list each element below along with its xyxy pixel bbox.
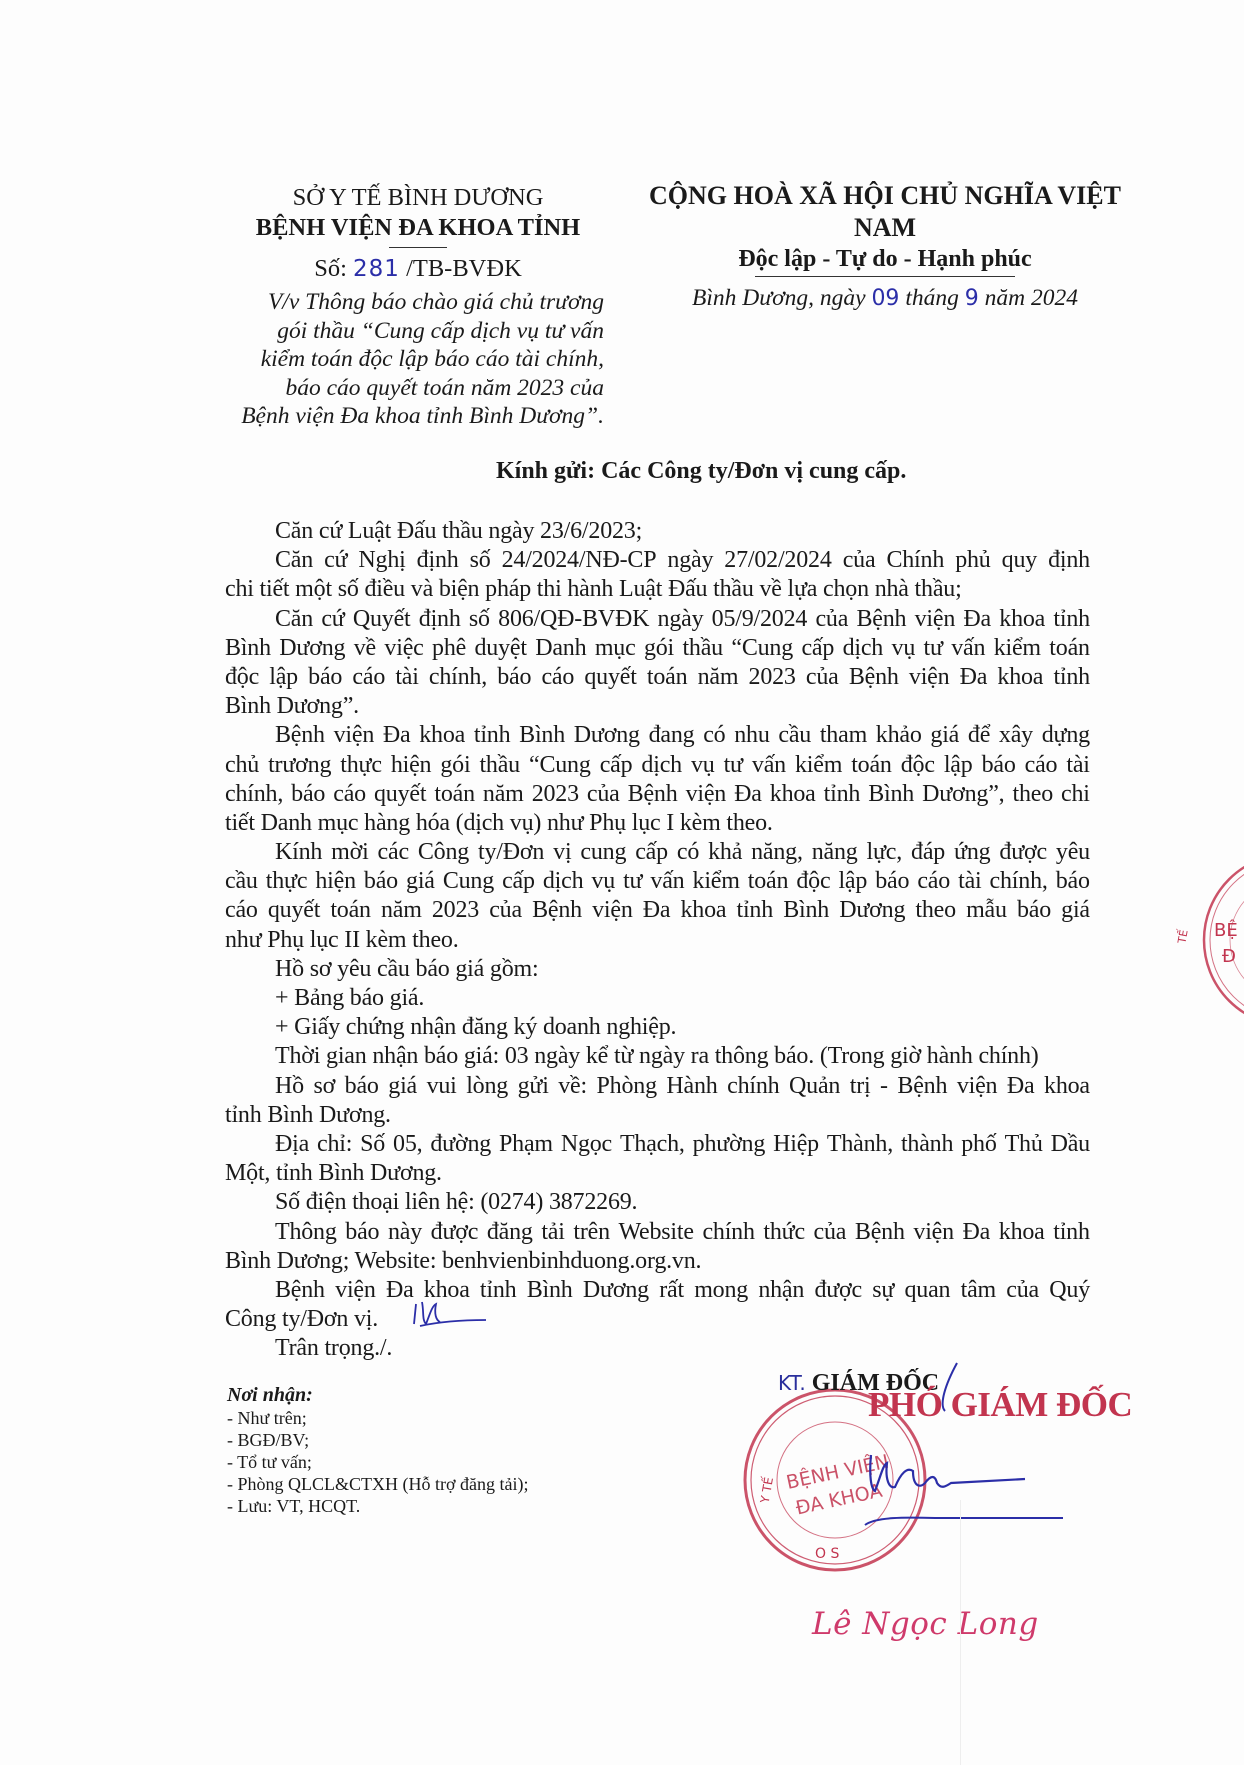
date-month-handwritten: 9 bbox=[965, 286, 979, 311]
body-line: + Giấy chứng nhận đăng ký doanh nghiệp. bbox=[225, 1013, 1090, 1042]
subject-block: V/v Thông báo chào giá chủ trương gói th… bbox=[230, 288, 604, 431]
signer-name: Lê Ngọc Long bbox=[812, 1606, 1039, 1642]
recipient-item: - Lưu: VT, HCQT. bbox=[227, 1495, 528, 1517]
body-line: độclậpbáocáotàichính,báocáoquyếttoánnăm2… bbox=[225, 663, 1090, 692]
doc-number-suffix: /TB-BVĐK bbox=[406, 255, 522, 282]
body-line: + Bảng báo giá. bbox=[225, 984, 1090, 1013]
national-header: CỘNG HOÀ XÃ HỘI CHỦ NGHĨA VIỆT NAM Độc l… bbox=[615, 180, 1155, 314]
header-divider bbox=[389, 247, 447, 248]
body-line: chủtrươngthựchiệngóithầu“Cungcấpdịchvụtư… bbox=[225, 751, 1090, 780]
body-line: chi tiết một số điều và biện pháp thi hà… bbox=[225, 575, 1090, 604]
body-line: Thời gian nhận báo giá: 03 ngày kể từ ng… bbox=[225, 1042, 1090, 1071]
body-line: KínhmờicácCôngty/Đơnvịcungcấpcókhảnăng,n… bbox=[225, 838, 1090, 867]
date-year: năm 2024 bbox=[985, 285, 1078, 311]
paper-fold-line bbox=[960, 1500, 961, 1765]
hospital-name: BỆNH VIỆN ĐA KHOA TỈNH bbox=[218, 213, 618, 243]
initials-signature-icon bbox=[410, 1298, 490, 1334]
date-day-handwritten: 09 bbox=[871, 286, 899, 311]
subject-line: báo cáo quyết toán năm 2023 của bbox=[230, 374, 604, 403]
recipient-item: - BGĐ/BV; bbox=[227, 1429, 528, 1451]
issuer-header: SỞ Y TẾ BÌNH DƯƠNG BỆNH VIỆN ĐA KHOA TỈN… bbox=[218, 183, 618, 284]
body-line: Địachỉ:Số05,đườngPhạmNgọcThạch,phườngHiệ… bbox=[225, 1130, 1090, 1159]
subject-line: Bệnh viện Đa khoa tỉnh Bình Dương”. bbox=[230, 402, 604, 431]
body-line: Bình Dương”. bbox=[225, 692, 1090, 721]
subject-line: gói thầu “Cung cấp dịch vụ tư vấn bbox=[230, 317, 604, 346]
letter-body: Căn cứ Luật Đấu thầu ngày 23/6/2023;Cănc… bbox=[225, 517, 1090, 1363]
svg-text:BỆ: BỆ bbox=[1214, 919, 1238, 941]
date-place: Bình Dương, ngày bbox=[692, 285, 866, 311]
body-line: Công ty/Đơn vị. bbox=[225, 1305, 1090, 1334]
body-line: ThôngbáonàyđượcđăngtảitrênWebsitechínhth… bbox=[225, 1218, 1090, 1247]
recipient-item: - Phòng QLCL&CTXH (Hỗ trợ đăng tải); bbox=[227, 1473, 528, 1495]
body-line: tỉnh Bình Dương. bbox=[225, 1101, 1090, 1130]
body-line: Hồ sơ yêu cầu báo giá gồm: bbox=[225, 955, 1090, 984]
body-line: CăncứNghịđịnhsố24/2024/NĐ-CPngày27/02/20… bbox=[225, 546, 1090, 575]
body-line: Căn cứ Luật Đấu thầu ngày 23/6/2023; bbox=[225, 517, 1090, 546]
motto-underline bbox=[755, 276, 1015, 277]
body-line: Hồsơbáogiávuilònggửivề:PhòngHànhchínhQuả… bbox=[225, 1072, 1090, 1101]
body-line: cầuthựchiệnbáogiáCungcấpdịchvụtưvấnkiểmt… bbox=[225, 867, 1090, 896]
svg-text:TẾ: TẾ bbox=[1174, 929, 1190, 946]
issue-date: Bình Dương, ngày 09 tháng 9 năm 2024 bbox=[615, 283, 1155, 314]
body-line: như Phụ lục II kèm theo. bbox=[225, 926, 1090, 955]
body-line: BìnhDươngvềviệcphêduyệtDanhmụcgóithầu“Cu… bbox=[225, 634, 1090, 663]
body-line: Bình Dương; Website: benhvienbinhduong.o… bbox=[225, 1247, 1090, 1276]
national-motto: Độc lập - Tự do - Hạnh phúc bbox=[615, 244, 1155, 274]
svg-text:Y TẾ: Y TẾ bbox=[756, 1475, 777, 1505]
svg-text:Đ: Đ bbox=[1222, 946, 1236, 967]
body-line: Một, tỉnh Bình Dương. bbox=[225, 1159, 1090, 1188]
kt-label: KT. bbox=[778, 1371, 806, 1395]
body-line: cáoquyếttoánnăm2023củaBệnhviệnĐakhoatỉnh… bbox=[225, 896, 1090, 925]
recipients-title: Nơi nhận: bbox=[227, 1383, 528, 1407]
body-line: CăncứQuyếtđịnhsố806/QĐ-BVĐKngày05/9/2024… bbox=[225, 605, 1090, 634]
body-line: BệnhviệnĐakhoatỉnhBìnhDươngđangcónhucầut… bbox=[225, 721, 1090, 750]
document-number: Số: 281 /TB-BVĐK bbox=[218, 254, 618, 284]
agency-name: SỞ Y TẾ BÌNH DƯƠNG bbox=[218, 183, 618, 213]
document-page: SỞ Y TẾ BÌNH DƯƠNG BỆNH VIỆN ĐA KHOA TỈN… bbox=[0, 0, 1244, 1765]
nation-title: CỘNG HOÀ XÃ HỘI CHỦ NGHĨA VIỆT NAM bbox=[615, 180, 1155, 244]
body-line: BệnhviệnĐakhoatỉnhBìnhDươngrấtmongnhậnđư… bbox=[225, 1276, 1090, 1305]
recipient-item: - Như trên; bbox=[227, 1407, 528, 1429]
body-line: Số điện thoại liên hệ: (0274) 3872269. bbox=[225, 1188, 1090, 1217]
subject-line: V/v Thông báo chào giá chủ trương bbox=[230, 288, 604, 317]
body-line: chính,báocáoquyếttoánnăm2023củaBệnhviệnĐ… bbox=[225, 780, 1090, 809]
recipient-item: - Tổ tư vấn; bbox=[227, 1451, 528, 1473]
doc-number-handwritten: 281 bbox=[353, 256, 400, 282]
handwritten-signature-icon bbox=[835, 1355, 1095, 1555]
partial-seal-icon: BỆ Đ TẾ bbox=[1170, 850, 1244, 1030]
recipients-block: Nơi nhận: - Như trên; - BGĐ/BV; - Tổ tư … bbox=[227, 1383, 528, 1517]
salutation: Kính gửi: Các Công ty/Đơn vị cung cấp. bbox=[496, 458, 906, 485]
subject-line: kiểm toán độc lập báo cáo tài chính, bbox=[230, 345, 604, 374]
date-month-label: tháng bbox=[905, 285, 959, 311]
doc-number-label: Số: bbox=[314, 255, 347, 282]
body-line: tiết Danh mục hàng hóa (dịch vụ) như Phụ… bbox=[225, 809, 1090, 838]
